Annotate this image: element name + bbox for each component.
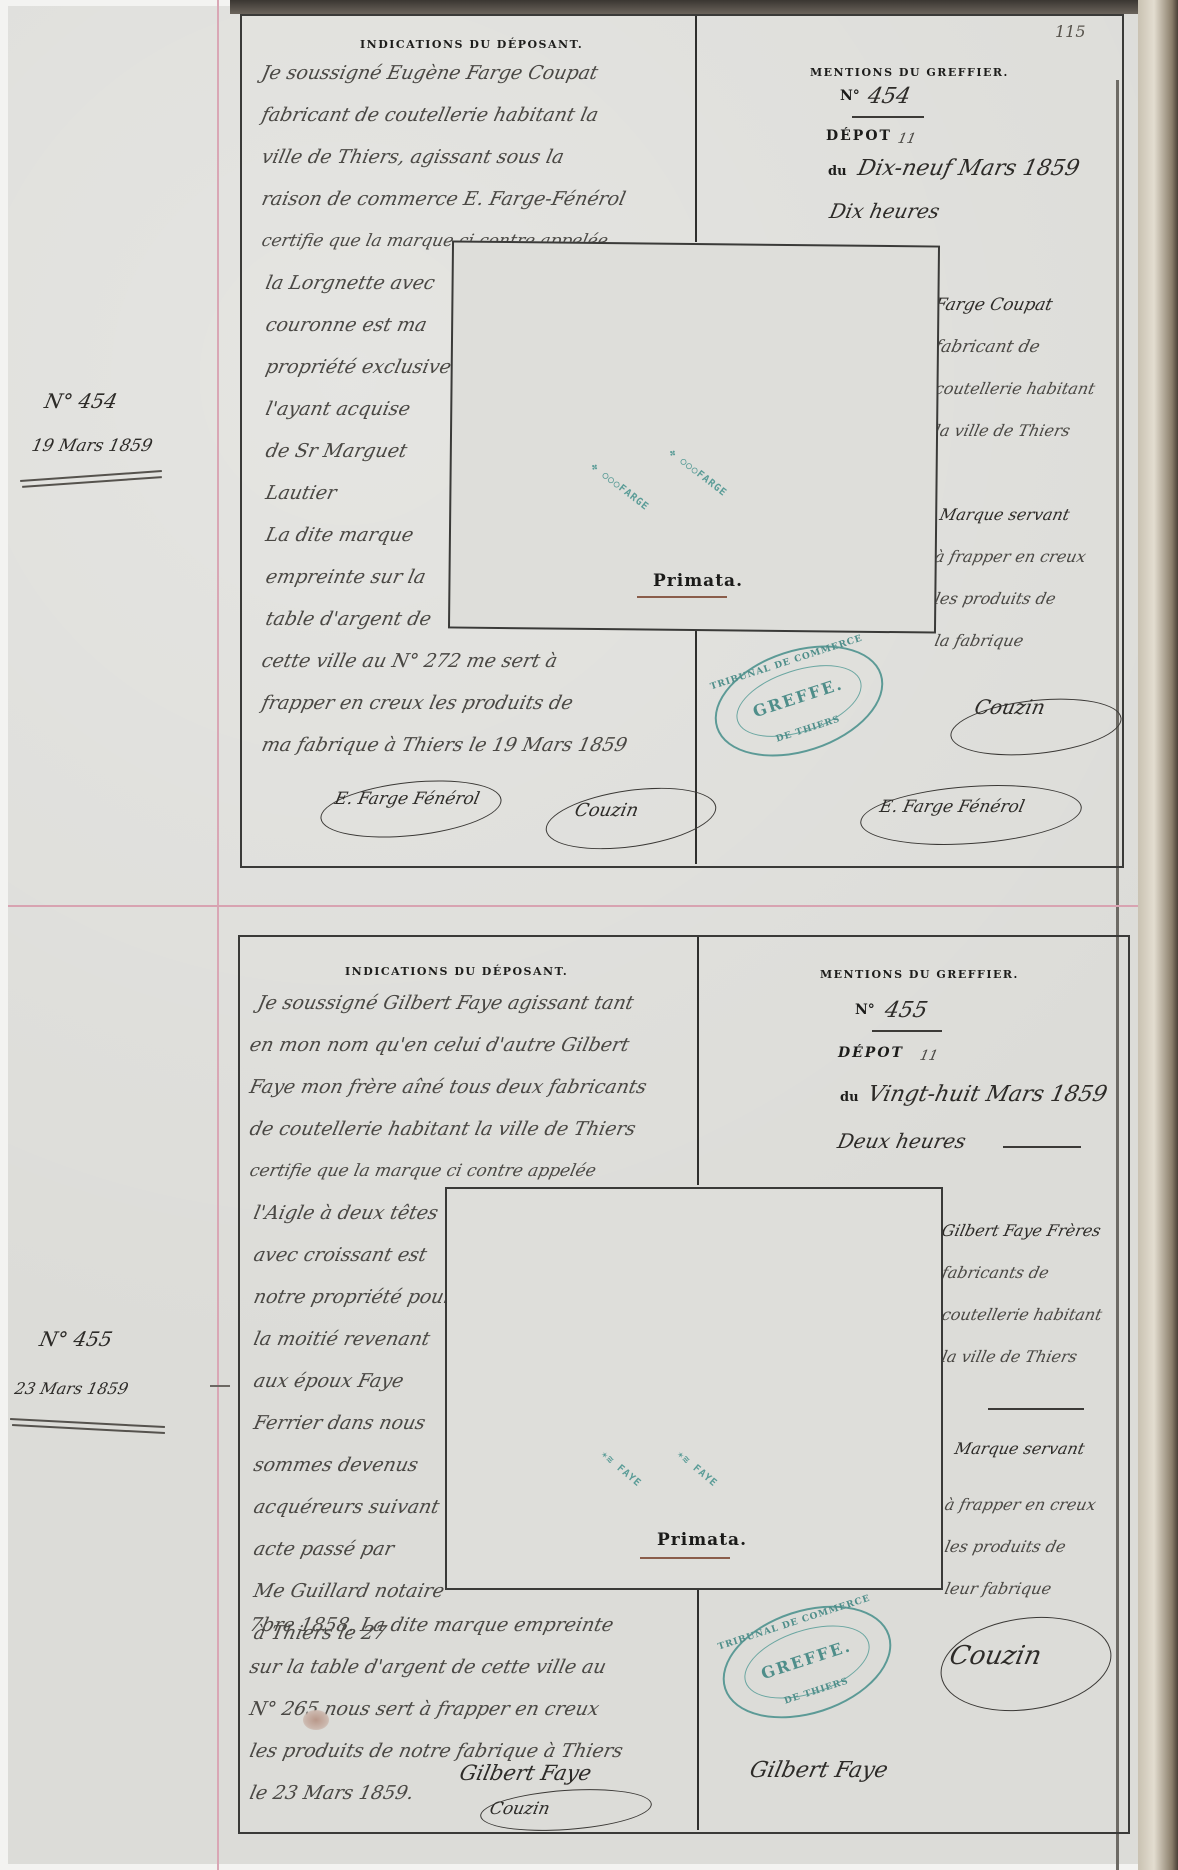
depot-date: Vingt-huit Mars 1859 [864,1074,1112,1116]
du-label: du [840,1090,859,1105]
margin-entry-date: 23 Mars 1859 [11,1368,133,1410]
box-caption: Primata. [653,571,743,591]
column-divider-bottom [697,1590,699,1830]
margin-pointer-line [210,1385,230,1387]
entry-number-value: 454 [864,76,915,118]
book-spine [1138,0,1178,1870]
clerk-signature: Couzin [571,790,643,832]
column-divider-top [697,937,699,1185]
depot-time: Deux heures [834,1120,971,1162]
margin-entry-date: 19 Mars 1859 [28,425,157,467]
margin-entry-number: N° 455 [36,1318,117,1360]
depot-date: Dix-neuf Mars 1859 [854,148,1084,190]
entry-number-value: 455 [881,990,932,1032]
book-top-edge [230,0,1178,14]
clerk-signature: Couzin [486,1788,554,1830]
clerk-notes-rule [988,1408,1084,1410]
box-caption-underline [640,1557,730,1559]
depot-time-rule [1003,1146,1081,1148]
du-label: du [828,164,847,179]
entry-number-underline [872,1030,942,1032]
depositor-header: INDICATIONS DU DÉPOSANT. [345,965,568,978]
margin-line-vertical [217,0,219,1870]
margin-line-horizontal [8,905,1138,907]
entry-number-label: N° [840,88,860,104]
box-caption-underline [637,596,727,598]
paper-stain [303,1710,329,1730]
depot-label: DÉPOT [826,128,892,144]
depositor-signature: E. Farge Fénérol [331,778,484,820]
depot-label: DÉPOT [838,1045,904,1061]
column-divider-top [695,16,697,242]
depot-time: Dix heures [826,190,944,232]
clerk-right-signature: Couzin [971,686,1050,728]
depositor-header: INDICATIONS DU DÉPOSANT. [360,38,583,51]
right-depositor-signature: E. Farge Fénérol [876,786,1029,828]
clerk-header: MENTIONS DU GREFFIER. [820,968,1019,981]
margin-entry-number: N° 454 [41,380,122,422]
entry-number-label: N° [855,1002,875,1018]
box-caption: Primata. [657,1530,747,1550]
right-depositor-signature: Gilbert Faye [746,1750,892,1792]
clerk-right-signature: Couzin [946,1635,1046,1677]
